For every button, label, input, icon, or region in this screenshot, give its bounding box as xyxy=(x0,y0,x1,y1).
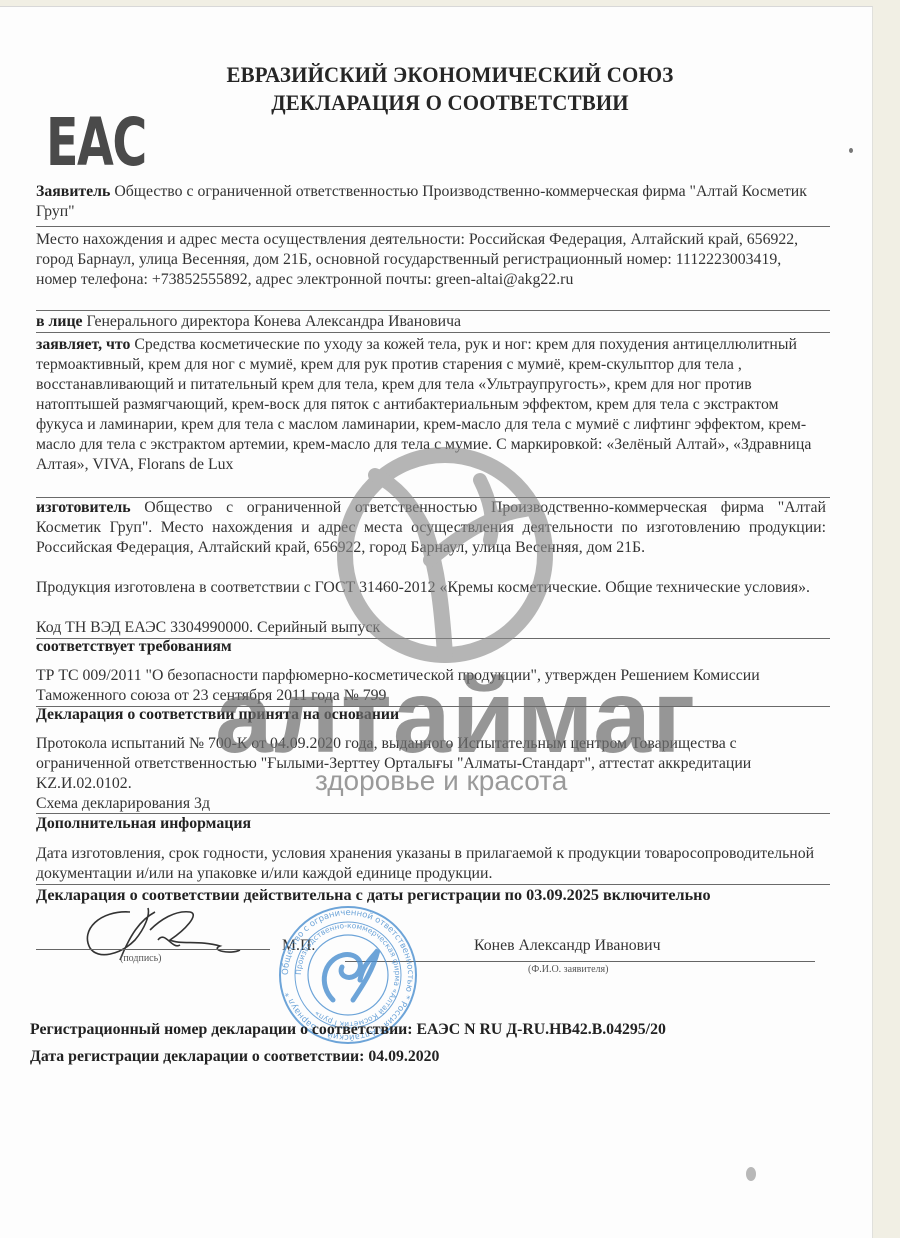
basis-label: Декларация о соответствии принята на осн… xyxy=(36,706,399,724)
manufacturer-label: изготовитель xyxy=(36,499,131,516)
document-title-declaration: ДЕКЛАРАЦИЯ О СООТВЕТСТВИИ xyxy=(32,90,869,116)
represented-by-section: в лице Генерального директора Конева Але… xyxy=(36,312,826,332)
registration-number: Регистрационный номер декларации о соотв… xyxy=(30,1021,666,1039)
divider xyxy=(36,226,830,227)
divider xyxy=(36,884,830,885)
requirements-label: соответствует требованиям xyxy=(36,638,232,656)
divider xyxy=(36,332,830,333)
signature-caption: (подпись) xyxy=(120,953,162,964)
declares-text: Средства косметические по уходу за кожей… xyxy=(36,336,811,473)
manufacturer-standard: Продукция изготовлена в соответствии с Г… xyxy=(36,578,826,598)
represented-by-label: в лице xyxy=(36,313,83,330)
applicant-text: Общество с ограниченной ответственностью… xyxy=(36,183,807,220)
paper-speck xyxy=(746,1167,756,1181)
represented-by-text: Генерального директора Конева Александра… xyxy=(87,313,462,330)
additional-label: Дополнительная информация xyxy=(36,815,251,833)
manufacturer-section: изготовитель Общество с ограниченной отв… xyxy=(36,498,826,558)
basis-text: Протокола испытаний № 700-К от 04.09.202… xyxy=(36,734,826,794)
manufacturer-text: Общество с ограниченной ответственностью… xyxy=(36,499,826,556)
basis-scheme: Схема декларирования 3д xyxy=(36,794,826,814)
applicant-section: Заявитель Общество с ограниченной ответс… xyxy=(36,182,826,222)
applicant-name-caption: (Ф.И.О. заявителя) xyxy=(528,964,608,975)
applicant-name: Конев Александр Иванович xyxy=(474,937,661,955)
eac-mark-icon: EAC xyxy=(46,110,101,176)
declares-section: заявляет, что Средства косметические по … xyxy=(36,335,826,475)
registration-date: Дата регистрации декларации о соответств… xyxy=(30,1048,439,1066)
address-section: Место нахождения и адрес места осуществл… xyxy=(36,230,826,290)
applicant-label: Заявитель xyxy=(36,183,110,200)
signature-line xyxy=(36,949,270,950)
divider xyxy=(36,310,830,311)
document-title-union: ЕВРАЗИЙСКИЙ ЭКОНОМИЧЕСКИЙ СОЮЗ xyxy=(32,62,869,88)
divider xyxy=(36,813,830,814)
requirements-text: ТР ТС 009/2011 "О безопасности парфюмерн… xyxy=(36,666,826,706)
address-text: Место нахождения и адрес места осуществл… xyxy=(36,231,798,288)
paper-speck xyxy=(849,148,853,153)
declares-label: заявляет, что xyxy=(36,336,130,353)
manufacturer-code: Код ТН ВЭД ЕАЭС 3304990000. Серийный вып… xyxy=(36,618,826,638)
additional-text: Дата изготовления, срок годности, услови… xyxy=(36,844,826,884)
